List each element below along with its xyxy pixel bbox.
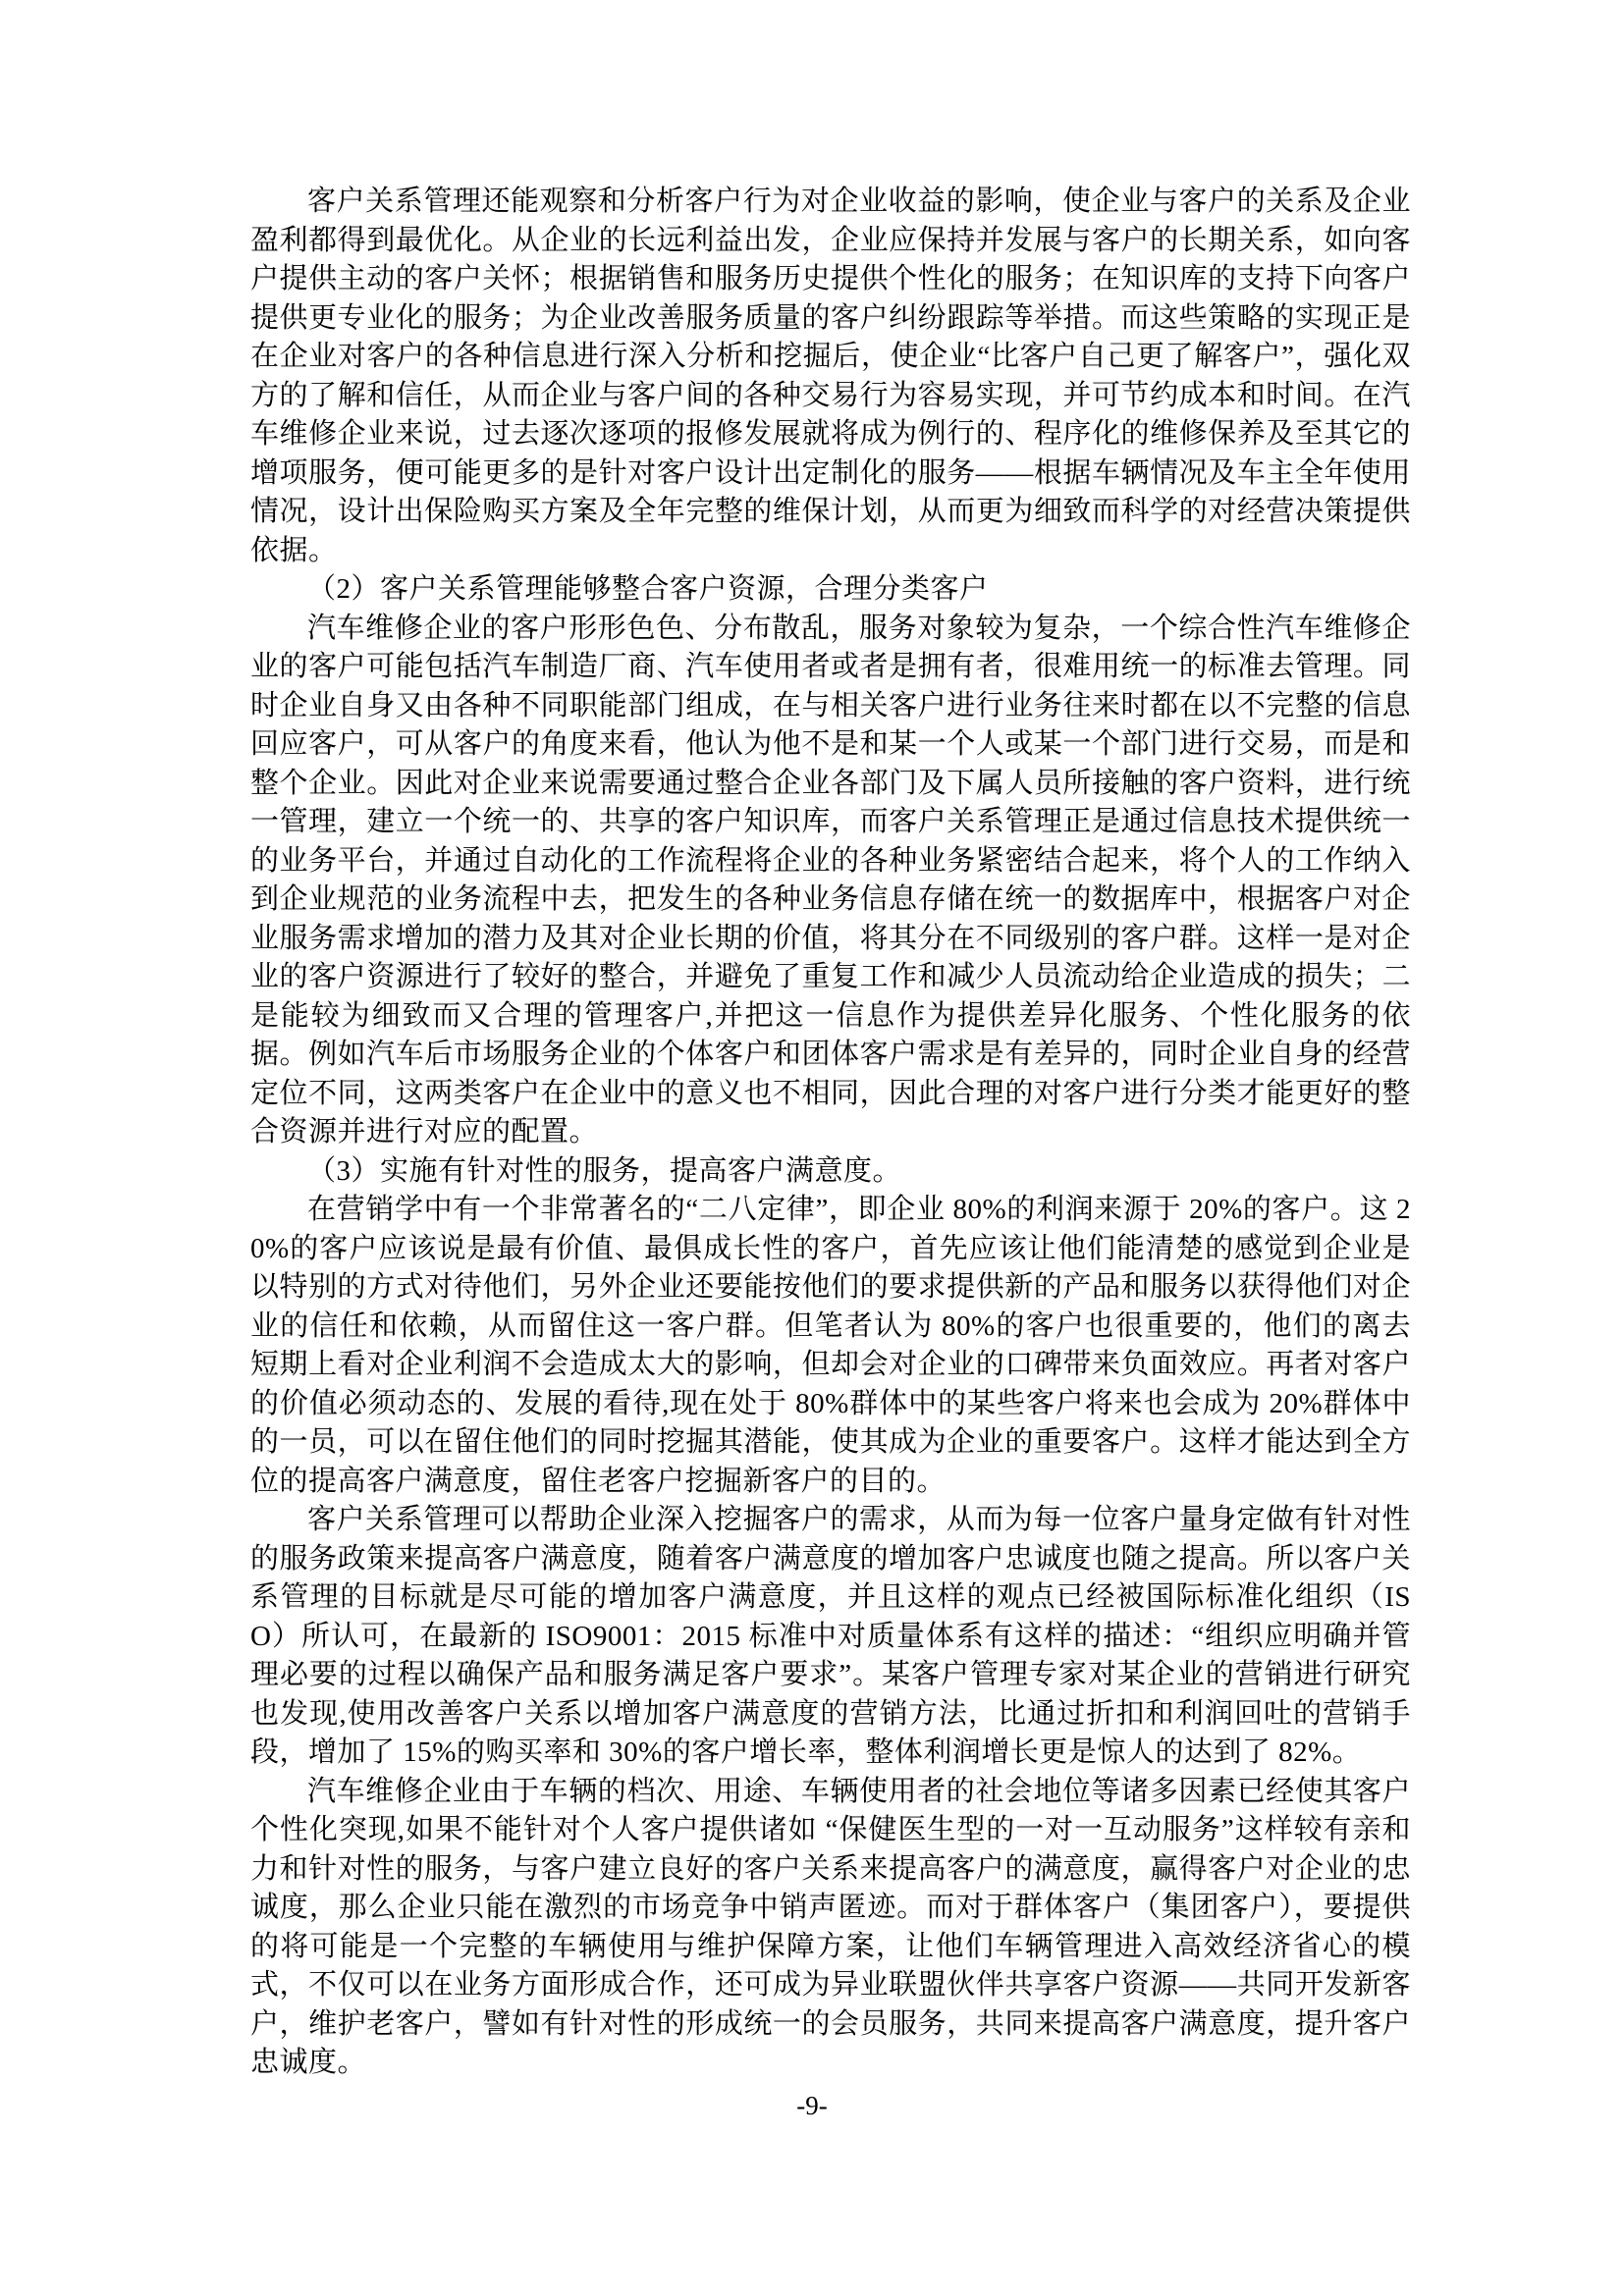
paragraph-satisfaction-iso: 客户关系管理可以帮助企业深入挖掘客户的需求，从而为每一位客户量身定做有针对性的服… bbox=[250, 1501, 1411, 1773]
document-body: 客户关系管理还能观察和分析客户行为对企业收益的影响，使企业与客户的关系及企业盈利… bbox=[250, 183, 1411, 2083]
page-number: -9- bbox=[796, 2091, 827, 2120]
page-footer: -9- bbox=[0, 2089, 1624, 2122]
paragraph-pareto-rule: 在营销学中有一个非常著名的“二八定律”，即企业 80%的利润来源于 20%的客户… bbox=[250, 1191, 1411, 1501]
paragraph-crm-benefits: 客户关系管理还能观察和分析客户行为对企业收益的影响，使企业与客户的关系及企业盈利… bbox=[250, 183, 1411, 570]
paragraph-personalized-service: 汽车维修企业由于车辆的档次、用途、车辆使用者的社会地位等诸多因素已经使其客户个性… bbox=[250, 1773, 1411, 2083]
paragraph-customer-integration: 汽车维修企业的客户形形色色、分布散乱，服务对象较为复杂，一个综合性汽车维修企业的… bbox=[250, 610, 1411, 1152]
document-page: 客户关系管理还能观察和分析客户行为对企业收益的影响，使企业与客户的关系及企业盈利… bbox=[0, 0, 1624, 2296]
section-heading-2: （2）客户关系管理能够整合客户资源，合理分类客户 bbox=[250, 570, 1411, 610]
section-heading-3: （3）实施有针对性的服务，提高客户满意度。 bbox=[250, 1152, 1411, 1192]
